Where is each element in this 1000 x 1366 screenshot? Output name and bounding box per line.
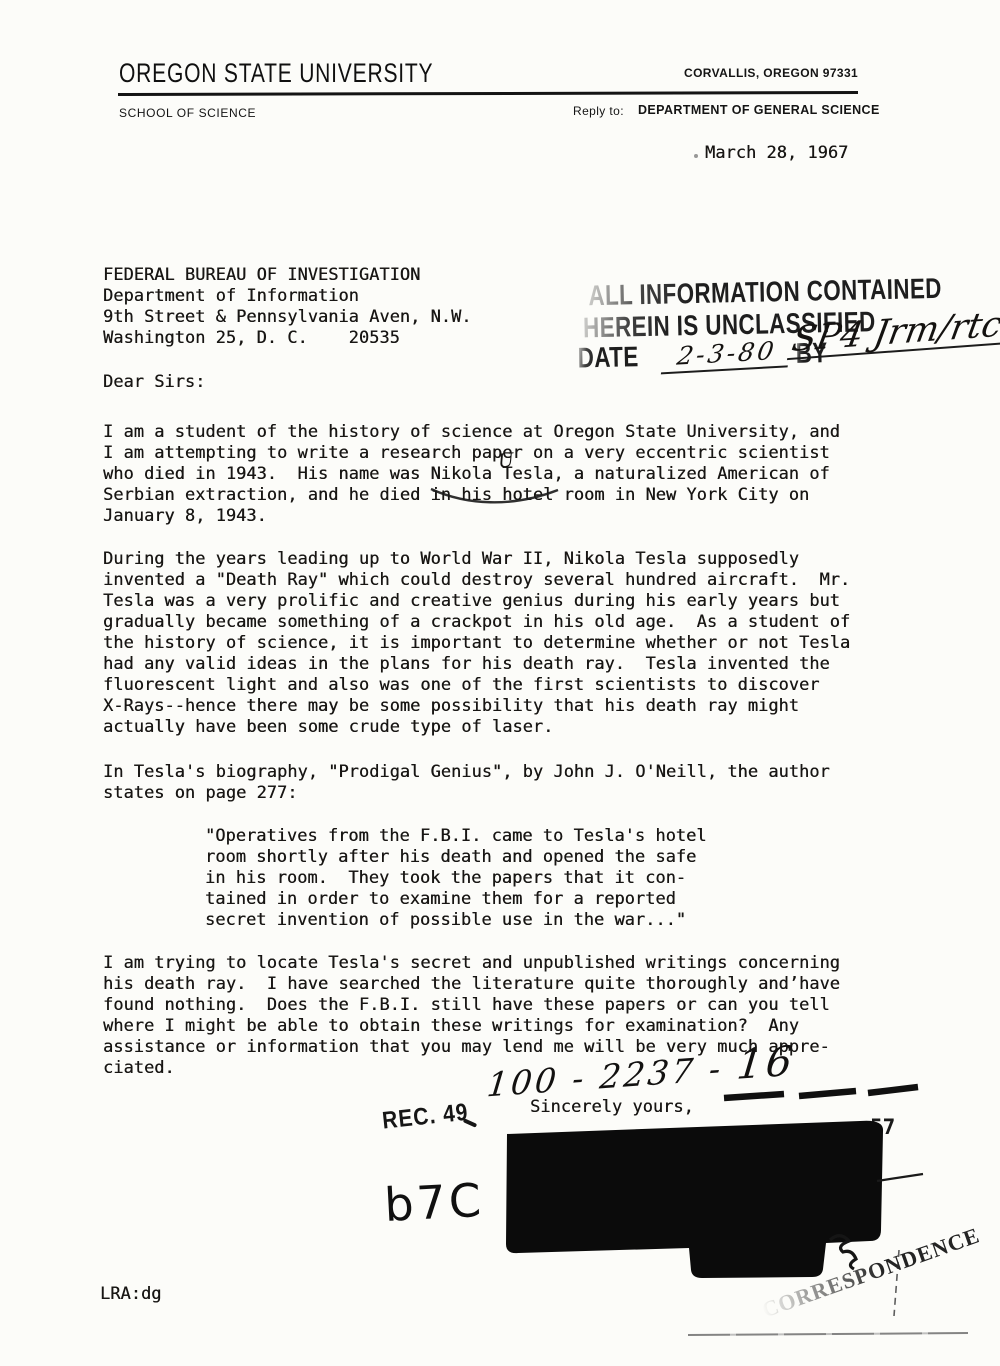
letter-page: OREGON STATE UNIVERSITY CORVALLIS, OREGO… [0, 0, 1000, 1366]
classification-date-value: 2-3-80 [661, 335, 793, 374]
body-paragraph-1: I am a student of the history of science… [103, 422, 840, 527]
file-number-prefix: 100 - 2237 - [485, 1048, 739, 1105]
scan-speck [694, 154, 698, 158]
typist-initials: LRA:dg [100, 1284, 161, 1305]
signature-redaction-block [506, 1121, 883, 1278]
body-paragraph-2: During the years leading up to World War… [103, 549, 850, 738]
foia-exemption-code: b7C [383, 1173, 485, 1232]
handwritten-caret-mark: U [497, 449, 515, 473]
salutation: Dear Sirs: [103, 372, 205, 393]
reply-to-label: Reply to: [573, 104, 624, 118]
classification-date-label: DATE [577, 341, 639, 375]
pen-line-mark [877, 1174, 923, 1181]
file-number-serial: 16 [735, 1036, 798, 1089]
classification-stamp: ALL INFORMATION CONTAINED HEREIN IS UNCL… [574, 267, 987, 406]
recipient-address: FEDERAL BUREAU OF INVESTIGATION Departme… [103, 265, 471, 349]
letterhead-location: CORVALLIS, OREGON 97331 [684, 66, 858, 80]
closing-sincerely: Sincerely yours, [530, 1097, 694, 1118]
body-paragraph-3: In Tesla's biography, "Prodigal Genius",… [103, 762, 830, 804]
letter-date: March 28, 1967 [705, 143, 848, 164]
letterhead-university-name: OREGON STATE UNIVERSITY [119, 58, 433, 89]
correspondence-stamp: CORRESPONDENCE [759, 1222, 984, 1323]
letterhead-rule [118, 91, 858, 96]
rec-49-stamp: REC. 49 [381, 1099, 470, 1135]
classification-stamp-line1: ALL INFORMATION CONTAINED [588, 272, 942, 312]
body-blockquote: "Operatives from the F.B.I. came to Tesl… [205, 826, 707, 931]
serial-number-fragment: 57 [870, 1115, 895, 1139]
reply-to-value: DEPARTMENT OF GENERAL SCIENCE [638, 103, 880, 117]
file-number-dashes [724, 1087, 918, 1098]
letterhead-school: SCHOOL OF SCIENCE [119, 106, 256, 120]
scan-edge-line [688, 1332, 968, 1336]
pen-scribble-mark [830, 1236, 856, 1269]
